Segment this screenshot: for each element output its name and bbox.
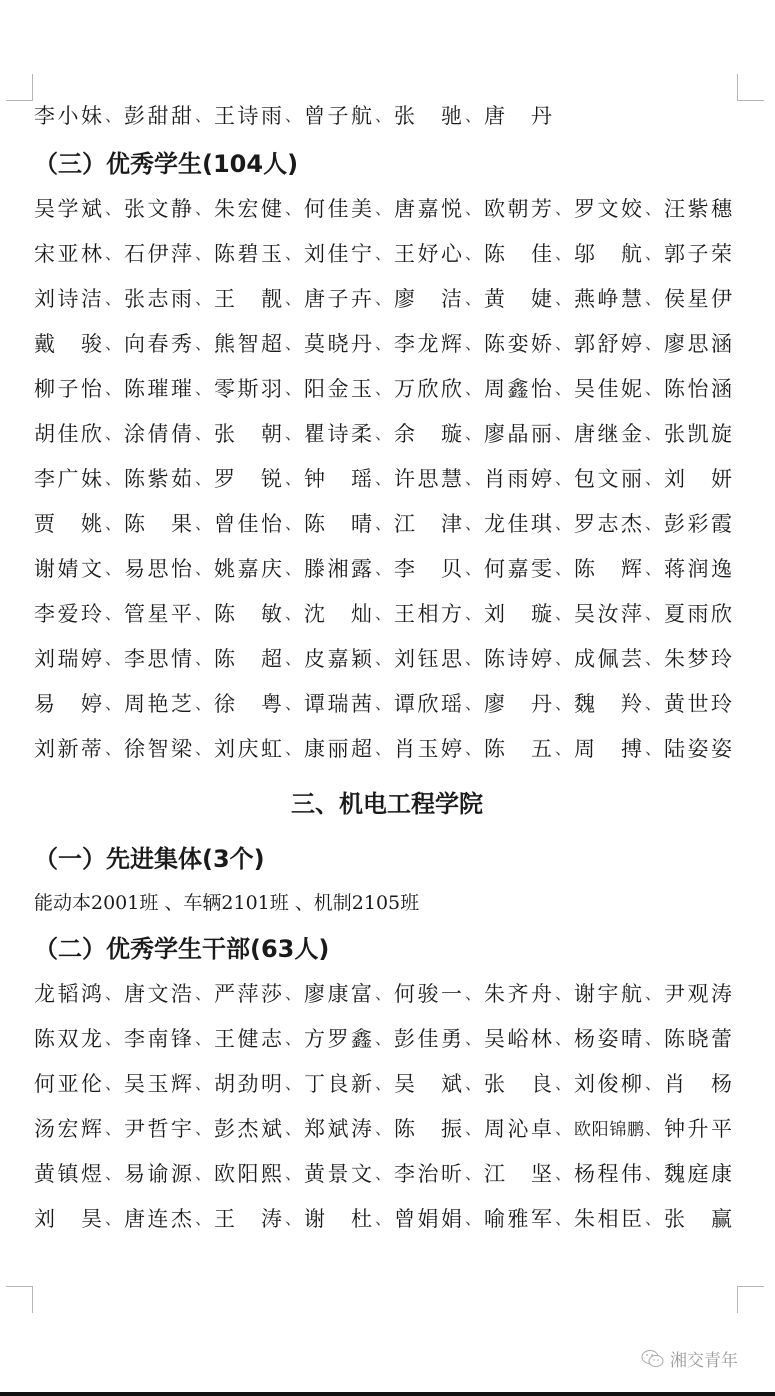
name-row: 刘昊、唐连杰、王涛、谢杜、曾娟娟、喻雅军、朱相臣、张赢 bbox=[34, 1195, 740, 1240]
watermark-text: 湘交青年 bbox=[670, 1346, 738, 1371]
person-name: 李治昕 bbox=[394, 1158, 462, 1188]
person-name: 廖丹 bbox=[484, 688, 552, 718]
person-name: 刘俊柳 bbox=[574, 1068, 642, 1098]
person-name: 零斯羽 bbox=[214, 373, 282, 403]
person-name: 钟瑶 bbox=[304, 463, 372, 493]
person-name: 陈五 bbox=[484, 733, 552, 763]
separator: 、 bbox=[372, 601, 394, 624]
separator: 、 bbox=[552, 981, 574, 1004]
separator: 、 bbox=[102, 601, 124, 624]
person-name: 陈璀璀 bbox=[124, 373, 192, 403]
excellent-students-list: 吴学斌、张文静、朱宏健、何佳美、唐嘉悦、欧朝芳、罗文姣、汪紫穗宋亚林、石伊萍、陈… bbox=[34, 185, 740, 770]
separator: 、 bbox=[282, 1161, 304, 1184]
person-name: 余璇 bbox=[394, 418, 462, 448]
separator: 、 bbox=[102, 421, 124, 444]
person-name: 陈娈娇 bbox=[484, 328, 552, 358]
separator: 、 bbox=[192, 1206, 214, 1229]
separator: 、 bbox=[462, 331, 484, 354]
separator: 、 bbox=[462, 1206, 484, 1229]
person-name: 王涛 bbox=[214, 1203, 282, 1233]
separator: 、 bbox=[282, 601, 304, 624]
separator: 、 bbox=[552, 241, 574, 264]
person-name: 龙佳琪 bbox=[484, 508, 552, 538]
separator: 、 bbox=[372, 286, 394, 309]
person-name: 尹哲宇 bbox=[124, 1113, 192, 1143]
separator: 、 bbox=[642, 196, 664, 219]
person-name: 黄景文 bbox=[304, 1158, 372, 1188]
separator: 、 bbox=[192, 331, 214, 354]
person-name: 徐粤 bbox=[214, 688, 282, 718]
person-name: 李贝 bbox=[394, 553, 462, 583]
separator: 、 bbox=[372, 376, 394, 399]
separator: 、 bbox=[192, 1116, 214, 1139]
separator: 、 bbox=[102, 241, 124, 264]
person-name: 易谕源 bbox=[124, 1158, 192, 1188]
person-name: 吴佳妮 bbox=[574, 373, 642, 403]
person-name: 李广妹 bbox=[34, 463, 102, 493]
person-name: 谭瑞茜 bbox=[304, 688, 372, 718]
separator: 、 bbox=[102, 1071, 124, 1094]
person-name: 肖玉婷 bbox=[394, 733, 462, 763]
separator: 、 bbox=[282, 331, 304, 354]
person-name: 汤宏辉 bbox=[34, 1113, 102, 1143]
person-name: 宋亚林 bbox=[34, 238, 102, 268]
name-row: 李爱玲、管星平、陈敏、沈灿、王相方、刘璇、吴汝萍、夏雨欣 bbox=[34, 590, 740, 635]
person-name: 张良 bbox=[484, 1068, 552, 1098]
person-name: 魏羚 bbox=[574, 688, 642, 718]
person-name: 周艳芝 bbox=[124, 688, 192, 718]
person-name: 涂倩倩 bbox=[124, 418, 192, 448]
person-name: 张凯旋 bbox=[664, 418, 732, 448]
name-row: 戴骏、向春秀、熊智超、莫晓丹、李龙辉、陈娈娇、郭舒婷、廖思涵 bbox=[34, 320, 740, 365]
name-row: 陈双龙、李南锋、王健志、方罗鑫、彭佳勇、吴峪林、杨姿晴、陈晓蕾 bbox=[34, 1015, 740, 1060]
separator: 、 bbox=[192, 1071, 214, 1094]
separator: 、 bbox=[102, 981, 124, 1004]
separator: 、 bbox=[282, 421, 304, 444]
separator: 、 bbox=[102, 646, 124, 669]
separator: 、 bbox=[282, 1071, 304, 1094]
separator: 、 bbox=[192, 1161, 214, 1184]
separator: 、 bbox=[372, 736, 394, 759]
person-name: 罗锐 bbox=[214, 463, 282, 493]
person-name: 廖晶丽 bbox=[484, 418, 552, 448]
person-name: 朱相臣 bbox=[574, 1203, 642, 1233]
separator: 、 bbox=[642, 421, 664, 444]
separator: 、 bbox=[552, 646, 574, 669]
separator: 、 bbox=[282, 1026, 304, 1049]
separator: 、 bbox=[462, 691, 484, 714]
separator: 、 bbox=[552, 1071, 574, 1094]
separator: 、 bbox=[102, 736, 124, 759]
separator: 、 bbox=[642, 736, 664, 759]
person-name: 柳子怡 bbox=[34, 373, 102, 403]
person-name: 刘昊 bbox=[34, 1203, 102, 1233]
separator: 、 bbox=[102, 556, 124, 579]
person-name: 欧朝芳 bbox=[484, 193, 552, 223]
name-row: 谢婧文、易思怡、姚嘉庆、滕湘露、李贝、何嘉雯、陈辉、蒋润逸 bbox=[34, 545, 740, 590]
person-name: 刘璇 bbox=[484, 598, 552, 628]
name-row: 贾姚、陈果、曾佳怡、陈晴、江津、龙佳琪、罗志杰、彭彩霞 bbox=[34, 500, 740, 545]
person-name: 陈佳 bbox=[484, 238, 552, 268]
person-name: 彭甜甜 bbox=[124, 100, 192, 130]
name-row: 李广妹、陈紫茹、罗锐、钟瑶、许思慧、肖雨婷、包文丽、刘妍 bbox=[34, 455, 740, 500]
separator: 、 bbox=[102, 1116, 124, 1139]
document-content: 李小妹、彭甜甜、王诗雨、曾子航、张驰、唐丹 （三）优秀学生(104人) 吴学斌、… bbox=[34, 92, 740, 1240]
person-name: 徐智梁 bbox=[124, 733, 192, 763]
separator: 、 bbox=[642, 1026, 664, 1049]
person-name: 李南锋 bbox=[124, 1023, 192, 1053]
person-name: 黄婕 bbox=[484, 283, 552, 313]
person-name: 瞿诗柔 bbox=[304, 418, 372, 448]
separator: 、 bbox=[282, 691, 304, 714]
corner-mark-top-right bbox=[737, 74, 764, 101]
separator: 、 bbox=[642, 981, 664, 1004]
person-name: 蒋润逸 bbox=[664, 553, 732, 583]
person-name: 欧阳熙 bbox=[214, 1158, 282, 1188]
person-name: 李思情 bbox=[124, 643, 192, 673]
separator: 、 bbox=[102, 1161, 124, 1184]
separator: 、 bbox=[642, 691, 664, 714]
person-name: 江津 bbox=[394, 508, 462, 538]
separator: 、 bbox=[462, 376, 484, 399]
person-name: 戴骏 bbox=[34, 328, 102, 358]
person-name: 魏庭康 bbox=[664, 1158, 732, 1188]
separator: 、 bbox=[372, 196, 394, 219]
person-name: 刘庆虹 bbox=[214, 733, 282, 763]
separator: 、 bbox=[552, 376, 574, 399]
separator: 、 bbox=[102, 331, 124, 354]
person-name: 何亚伦 bbox=[34, 1068, 102, 1098]
separator: 、 bbox=[552, 421, 574, 444]
separator: 、 bbox=[282, 736, 304, 759]
person-name: 彭佳勇 bbox=[394, 1023, 462, 1053]
person-name: 周搏 bbox=[574, 733, 642, 763]
person-name: 胡佳欣 bbox=[34, 418, 102, 448]
document-page: 李小妹、彭甜甜、王诗雨、曾子航、张驰、唐丹 （三）优秀学生(104人) 吴学斌、… bbox=[0, 0, 775, 1390]
separator: 、 bbox=[192, 601, 214, 624]
separator: 、 bbox=[462, 1026, 484, 1049]
person-name: 李龙辉 bbox=[394, 328, 462, 358]
name-row: 刘新蒂、徐智梁、刘庆虹、康丽超、肖玉婷、陈五、周搏、陆姿姿 bbox=[34, 725, 740, 770]
separator: 、 bbox=[642, 286, 664, 309]
person-name: 何佳美 bbox=[304, 193, 372, 223]
person-name: 夏雨欣 bbox=[664, 598, 732, 628]
person-name: 康丽超 bbox=[304, 733, 372, 763]
person-name: 彭彩霞 bbox=[664, 508, 732, 538]
separator: 、 bbox=[552, 736, 574, 759]
person-name: 刘诗洁 bbox=[34, 283, 102, 313]
separator: 、 bbox=[462, 646, 484, 669]
person-name: 莫晓丹 bbox=[304, 328, 372, 358]
person-name: 管星平 bbox=[124, 598, 192, 628]
person-name: 唐丹 bbox=[484, 100, 552, 130]
person-name: 何骏一 bbox=[394, 978, 462, 1008]
separator: 、 bbox=[642, 1161, 664, 1184]
separator: 、 bbox=[552, 1161, 574, 1184]
separator: 、 bbox=[192, 376, 214, 399]
separator: 、 bbox=[192, 511, 214, 534]
person-name: 尹观涛 bbox=[664, 978, 732, 1008]
person-name: 沈灿 bbox=[304, 598, 372, 628]
separator: 、 bbox=[282, 646, 304, 669]
separator: 、 bbox=[102, 691, 124, 714]
separator: 、 bbox=[102, 1206, 124, 1229]
college-heading: 三、机电工程学院 bbox=[34, 770, 740, 832]
separator: 、 bbox=[552, 466, 574, 489]
separator: 、 bbox=[192, 646, 214, 669]
separator: 、 bbox=[192, 691, 214, 714]
person-name: 石伊萍 bbox=[124, 238, 192, 268]
separator: 、 bbox=[282, 376, 304, 399]
separator: 、 bbox=[372, 421, 394, 444]
person-name: 罗志杰 bbox=[574, 508, 642, 538]
person-name: 曾娟娟 bbox=[394, 1203, 462, 1233]
section-heading-student-cadres: （二）优秀学生干部(63人) bbox=[34, 922, 740, 970]
separator: 、 bbox=[372, 646, 394, 669]
person-name: 王健志 bbox=[214, 1023, 282, 1053]
person-name: 许思慧 bbox=[394, 463, 462, 493]
separator: 、 bbox=[102, 196, 124, 219]
separator: 、 bbox=[372, 1116, 394, 1139]
person-name: 刘钰思 bbox=[394, 643, 462, 673]
separator: 、 bbox=[102, 511, 124, 534]
separator: 、 bbox=[462, 286, 484, 309]
person-name: 郭子荣 bbox=[664, 238, 732, 268]
person-name: 方罗鑫 bbox=[304, 1023, 372, 1053]
separator: 、 bbox=[552, 556, 574, 579]
person-name: 黄镇煜 bbox=[34, 1158, 102, 1188]
name-row: 汤宏辉、尹哲宇、彭杰斌、郑斌涛、陈振、周沁卓、欧阳锦鹏、钟升平 bbox=[34, 1105, 740, 1150]
person-name: 李爱玲 bbox=[34, 598, 102, 628]
advanced-collective-list: 能动本2001班 、车辆2101班 、机制2105班 bbox=[34, 880, 740, 922]
corner-mark-bottom-left bbox=[6, 1286, 33, 1313]
person-name: 江坚 bbox=[484, 1158, 552, 1188]
person-name: 唐子卉 bbox=[304, 283, 372, 313]
separator: 、 bbox=[282, 241, 304, 264]
person-name: 周沁卓 bbox=[484, 1113, 552, 1143]
person-name: 王靓 bbox=[214, 283, 282, 313]
person-name: 陈敏 bbox=[214, 598, 282, 628]
separator: 、 bbox=[462, 1071, 484, 1094]
person-name: 向春秀 bbox=[124, 328, 192, 358]
person-name: 陈辉 bbox=[574, 553, 642, 583]
person-name: 唐文浩 bbox=[124, 978, 192, 1008]
person-name: 李小妹 bbox=[34, 100, 102, 130]
person-name: 王妤心 bbox=[394, 238, 462, 268]
person-name: 刘新蒂 bbox=[34, 733, 102, 763]
separator: 、 bbox=[642, 466, 664, 489]
separator: 、 bbox=[642, 241, 664, 264]
person-name: 曾佳怡 bbox=[214, 508, 282, 538]
person-name: 陈晓蕾 bbox=[664, 1023, 732, 1053]
name-row: 刘诗洁、张志雨、王靓、唐子卉、廖洁、黄婕、燕峥慧、侯星伊 bbox=[34, 275, 740, 320]
person-name: 张志雨 bbox=[124, 283, 192, 313]
separator: 、 bbox=[642, 1116, 664, 1139]
person-name: 胡劲明 bbox=[214, 1068, 282, 1098]
separator: 、 bbox=[552, 601, 574, 624]
person-name: 万欣欣 bbox=[394, 373, 462, 403]
person-name: 曾子航 bbox=[304, 100, 372, 130]
separator: 、 bbox=[282, 466, 304, 489]
person-name: 王诗雨 bbox=[214, 100, 282, 130]
person-name: 陆姿姿 bbox=[664, 733, 732, 763]
person-name: 欧阳锦鹏 bbox=[574, 1115, 642, 1140]
separator: 、 bbox=[462, 556, 484, 579]
person-name: 丁良新 bbox=[304, 1068, 372, 1098]
person-name: 廖思涵 bbox=[664, 328, 732, 358]
person-name: 肖雨婷 bbox=[484, 463, 552, 493]
separator: 、 bbox=[192, 556, 214, 579]
separator: 、 bbox=[282, 103, 304, 126]
person-name: 谢杜 bbox=[304, 1203, 372, 1233]
separator: 、 bbox=[642, 376, 664, 399]
continued-name-row: 李小妹、彭甜甜、王诗雨、曾子航、张驰、唐丹 bbox=[34, 92, 740, 137]
person-name: 姚嘉庆 bbox=[214, 553, 282, 583]
person-name: 陈紫茹 bbox=[124, 463, 192, 493]
bottom-edge bbox=[0, 1392, 775, 1396]
separator: 、 bbox=[642, 556, 664, 579]
separator: 、 bbox=[372, 1161, 394, 1184]
separator: 、 bbox=[642, 646, 664, 669]
name-row: 何亚伦、吴玉辉、胡劲明、丁良新、吴斌、张良、刘俊柳、肖杨 bbox=[34, 1060, 740, 1105]
separator: 、 bbox=[552, 331, 574, 354]
person-name: 阳金玉 bbox=[304, 373, 372, 403]
person-name: 严萍莎 bbox=[214, 978, 282, 1008]
person-name: 张文静 bbox=[124, 193, 192, 223]
separator: 、 bbox=[552, 1026, 574, 1049]
person-name: 郑斌涛 bbox=[304, 1113, 372, 1143]
corner-mark-top-left bbox=[6, 74, 33, 101]
person-name: 吴汝萍 bbox=[574, 598, 642, 628]
person-name: 易婷 bbox=[34, 688, 102, 718]
person-name: 陈碧玉 bbox=[214, 238, 282, 268]
separator: 、 bbox=[282, 1206, 304, 1229]
person-name: 唐继金 bbox=[574, 418, 642, 448]
separator: 、 bbox=[102, 466, 124, 489]
person-name: 熊智超 bbox=[214, 328, 282, 358]
separator: 、 bbox=[192, 1026, 214, 1049]
section-heading-advanced-collective: （一）先进集体(3个) bbox=[34, 832, 740, 880]
separator: 、 bbox=[642, 1071, 664, 1094]
person-name: 朱梦玲 bbox=[664, 643, 732, 673]
separator: 、 bbox=[192, 981, 214, 1004]
separator: 、 bbox=[372, 1206, 394, 1229]
name-row: 易婷、周艳芝、徐粤、谭瑞茜、谭欣瑶、廖丹、魏羚、黄世玲 bbox=[34, 680, 740, 725]
person-name: 易思怡 bbox=[124, 553, 192, 583]
separator: 、 bbox=[552, 691, 574, 714]
name-row: 宋亚林、石伊萍、陈碧玉、刘佳宁、王妤心、陈佳、邬航、郭子荣 bbox=[34, 230, 740, 275]
corner-mark-bottom-right bbox=[737, 1286, 764, 1313]
name-row: 柳子怡、陈璀璀、零斯羽、阳金玉、万欣欣、周鑫怡、吴佳妮、陈怡涵 bbox=[34, 365, 740, 410]
person-name: 陈超 bbox=[214, 643, 282, 673]
separator: 、 bbox=[642, 331, 664, 354]
separator: 、 bbox=[462, 103, 484, 126]
separator: 、 bbox=[282, 981, 304, 1004]
person-name: 廖洁 bbox=[394, 283, 462, 313]
person-name: 罗文姣 bbox=[574, 193, 642, 223]
person-name: 邬航 bbox=[574, 238, 642, 268]
separator: 、 bbox=[282, 556, 304, 579]
student-cadres-list: 龙韬鸿、唐文浩、严萍莎、廖康富、何骏一、朱齐舟、谢宇航、尹观涛陈双龙、李南锋、王… bbox=[34, 970, 740, 1240]
person-name: 张驰 bbox=[394, 100, 462, 130]
section-heading-excellent-students: （三）优秀学生(104人) bbox=[34, 137, 740, 185]
separator: 、 bbox=[462, 736, 484, 759]
person-name: 杨程伟 bbox=[574, 1158, 642, 1188]
separator: 、 bbox=[372, 331, 394, 354]
separator: 、 bbox=[282, 511, 304, 534]
wechat-icon bbox=[640, 1348, 666, 1370]
name-row: 胡佳欣、涂倩倩、张朝、瞿诗柔、余璇、廖晶丽、唐继金、张凯旋 bbox=[34, 410, 740, 455]
separator: 、 bbox=[552, 286, 574, 309]
person-name: 吴玉辉 bbox=[124, 1068, 192, 1098]
separator: 、 bbox=[372, 556, 394, 579]
separator: 、 bbox=[552, 196, 574, 219]
separator: 、 bbox=[282, 286, 304, 309]
separator: 、 bbox=[192, 103, 214, 126]
separator: 、 bbox=[282, 1116, 304, 1139]
separator: 、 bbox=[462, 601, 484, 624]
person-name: 包文丽 bbox=[574, 463, 642, 493]
person-name: 汪紫穗 bbox=[664, 193, 732, 223]
person-name: 朱齐舟 bbox=[484, 978, 552, 1008]
person-name: 彭杰斌 bbox=[214, 1113, 282, 1143]
person-name: 刘佳宁 bbox=[304, 238, 372, 268]
person-name: 郭舒婷 bbox=[574, 328, 642, 358]
person-name: 唐嘉悦 bbox=[394, 193, 462, 223]
person-name: 黄世玲 bbox=[664, 688, 732, 718]
separator: 、 bbox=[552, 1206, 574, 1229]
person-name: 贾姚 bbox=[34, 508, 102, 538]
separator: 、 bbox=[192, 196, 214, 219]
separator: 、 bbox=[552, 1116, 574, 1139]
person-name: 钟升平 bbox=[664, 1113, 732, 1143]
separator: 、 bbox=[642, 601, 664, 624]
separator: 、 bbox=[462, 241, 484, 264]
separator: 、 bbox=[372, 511, 394, 534]
separator: 、 bbox=[372, 981, 394, 1004]
separator: 、 bbox=[102, 376, 124, 399]
person-name: 陈振 bbox=[394, 1113, 462, 1143]
person-name: 陈双龙 bbox=[34, 1023, 102, 1053]
separator: 、 bbox=[372, 103, 394, 126]
person-name: 张赢 bbox=[664, 1203, 732, 1233]
name-row: 吴学斌、张文静、朱宏健、何佳美、唐嘉悦、欧朝芳、罗文姣、汪紫穗 bbox=[34, 185, 740, 230]
separator: 、 bbox=[642, 1206, 664, 1229]
separator: 、 bbox=[282, 196, 304, 219]
separator: 、 bbox=[462, 1161, 484, 1184]
person-name: 谢婧文 bbox=[34, 553, 102, 583]
separator: 、 bbox=[372, 466, 394, 489]
person-name: 张朝 bbox=[214, 418, 282, 448]
person-name: 燕峥慧 bbox=[574, 283, 642, 313]
person-name: 喻雅军 bbox=[484, 1203, 552, 1233]
person-name: 陈怡涵 bbox=[664, 373, 732, 403]
person-name: 谭欣瑶 bbox=[394, 688, 462, 718]
separator: 、 bbox=[552, 511, 574, 534]
separator: 、 bbox=[192, 241, 214, 264]
person-name: 何嘉雯 bbox=[484, 553, 552, 583]
person-name: 侯星伊 bbox=[664, 283, 732, 313]
separator: 、 bbox=[192, 736, 214, 759]
name-row: 黄镇煜、易谕源、欧阳熙、黄景文、李治昕、江坚、杨程伟、魏庭康 bbox=[34, 1150, 740, 1195]
person-name: 王相方 bbox=[394, 598, 462, 628]
person-name: 陈诗婷 bbox=[484, 643, 552, 673]
separator: 、 bbox=[192, 466, 214, 489]
person-name: 吴学斌 bbox=[34, 193, 102, 223]
watermark: 湘交青年 bbox=[640, 1346, 738, 1371]
separator: 、 bbox=[462, 421, 484, 444]
separator: 、 bbox=[102, 103, 124, 126]
